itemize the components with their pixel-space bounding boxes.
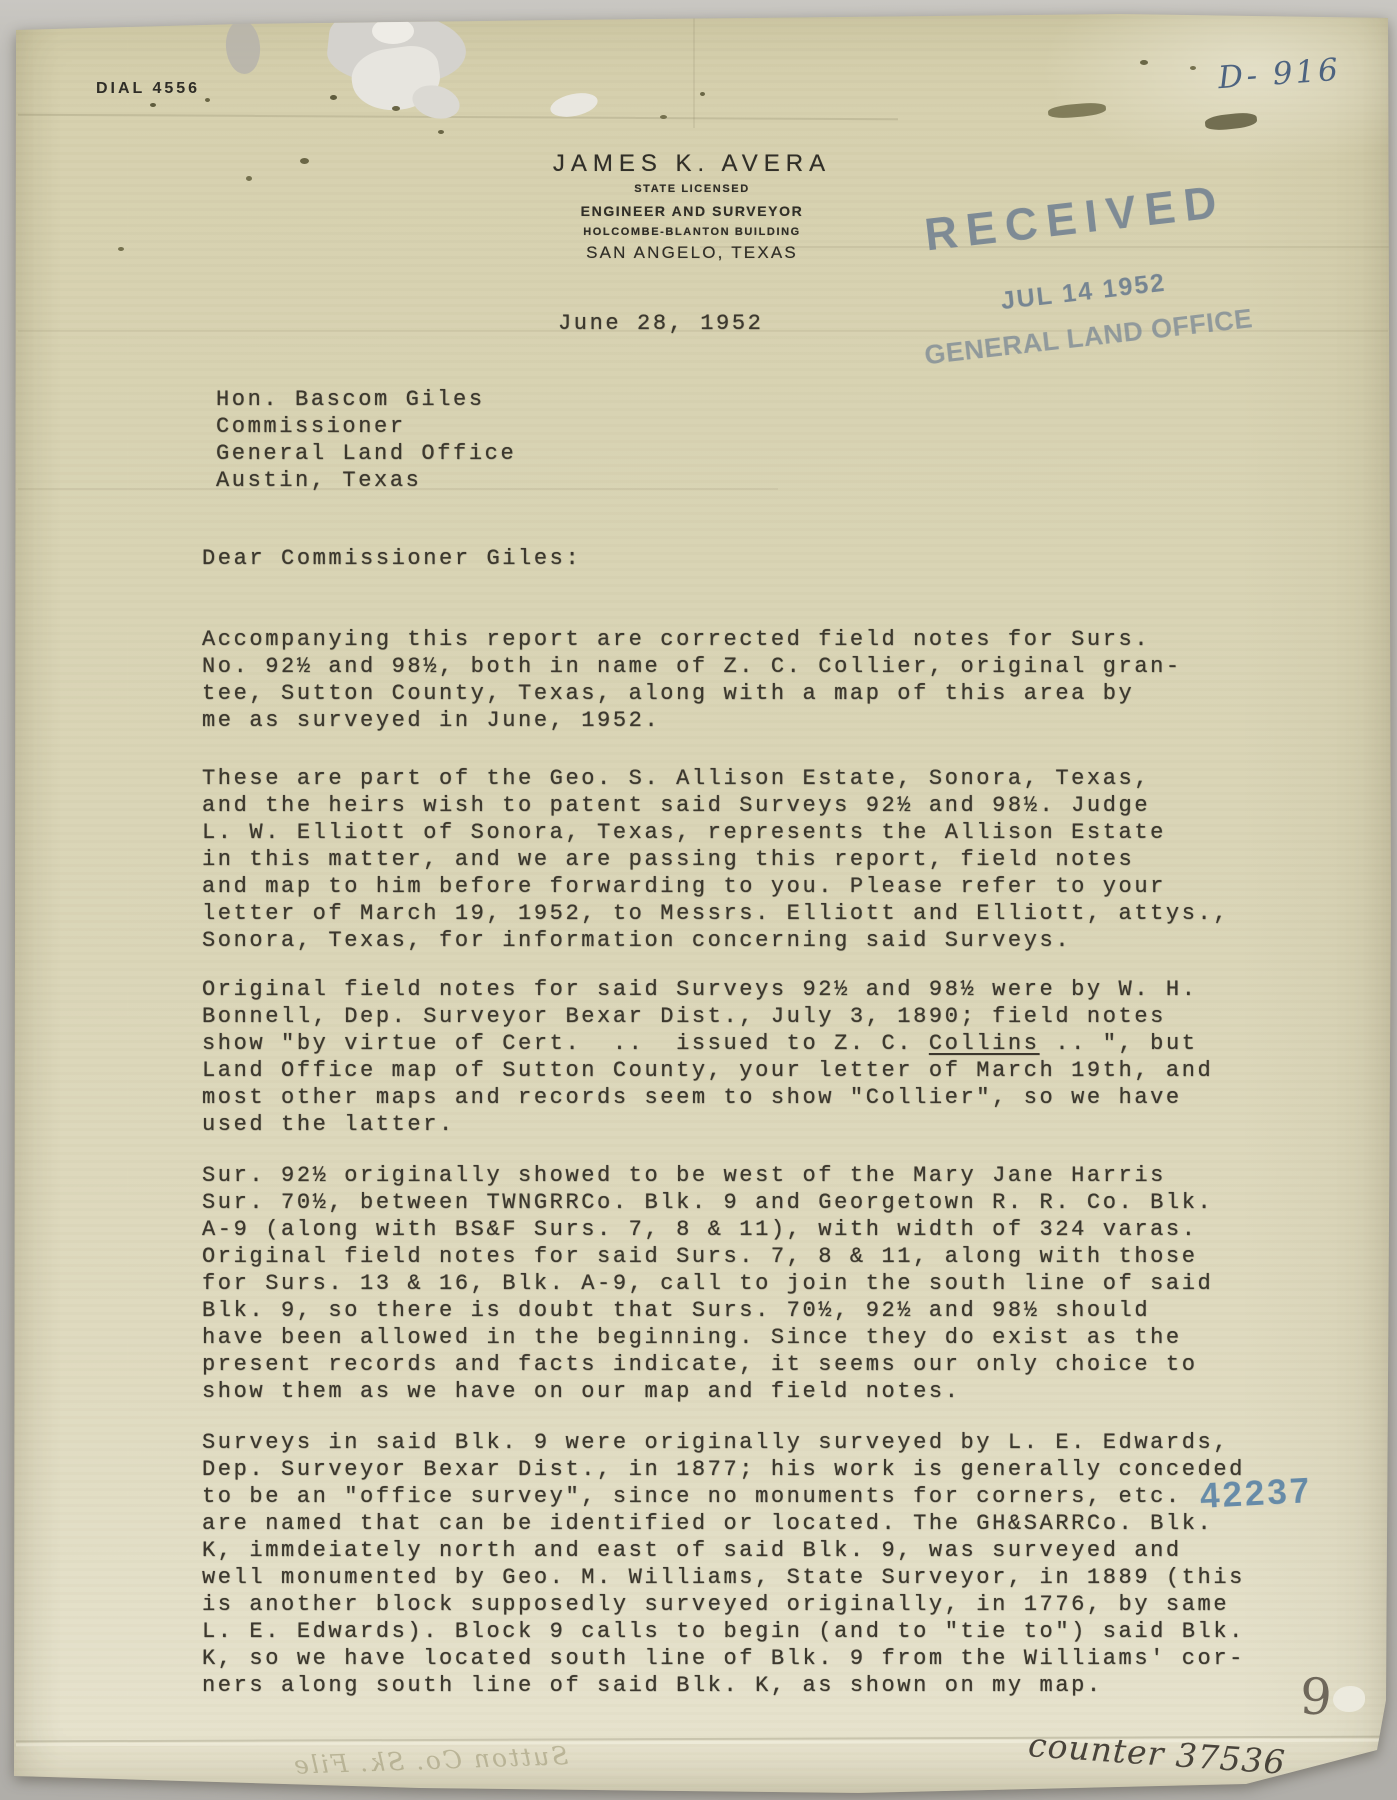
stain-speck bbox=[1140, 60, 1148, 65]
stain-speck bbox=[300, 158, 309, 164]
bleed-through-writing: Sutton Co. Sk. File bbox=[292, 1741, 569, 1780]
stain-speck bbox=[246, 176, 252, 181]
handwritten-counter-note: counter 37536 bbox=[1027, 1725, 1287, 1782]
paper-crease bbox=[693, 18, 695, 128]
salutation: Dear Commissioner Giles: bbox=[202, 545, 581, 572]
left-edge-dark-mark bbox=[0, 0, 11, 95]
letterhead-line-engineer-surveyor: ENGINEER AND SURVEYOR bbox=[457, 203, 927, 219]
recipient-address-block: Hon. Bascom Giles Commissioner General L… bbox=[216, 386, 516, 494]
letter-date: June 28, 1952 bbox=[558, 310, 763, 337]
letterhead-name: JAMES K. AVERA bbox=[457, 150, 927, 178]
stain-speck bbox=[438, 130, 444, 134]
stain-speck bbox=[205, 98, 210, 102]
received-stamp: RECEIVED JUL 14 1952 GENERAL LAND OFFICE bbox=[882, 171, 1285, 423]
paragraph-5: Surveys in said Blk. 9 were originally s… bbox=[202, 1429, 1245, 1699]
letterhead-line-building: HOLCOMBE-BLANTON BUILDING bbox=[457, 226, 927, 238]
letter-paper: DIAL 4556 JAMES K. AVERA STATE LICENSED … bbox=[0, 0, 1397, 1800]
paragraph-2: These are part of the Geo. S. Allison Es… bbox=[202, 765, 1229, 954]
letter-page-wrapper: DIAL 4556 JAMES K. AVERA STATE LICENSED … bbox=[0, 0, 1397, 1800]
paper-tear bbox=[548, 89, 600, 120]
stain-speck bbox=[660, 115, 667, 119]
stain-smudge bbox=[1048, 101, 1107, 119]
letterhead-line-state-licensed: STATE LICENSED bbox=[457, 183, 927, 195]
letterhead-line-city: SAN ANGELO, TEXAS bbox=[457, 243, 927, 263]
stain-speck bbox=[700, 92, 705, 96]
stain-speck bbox=[330, 95, 337, 100]
stain-speck bbox=[392, 106, 400, 111]
paragraph-1: Accompanying this report are corrected f… bbox=[202, 626, 1182, 734]
paragraph-4: Sur. 92½ originally showed to be west of… bbox=[202, 1162, 1213, 1405]
received-stamp-word: RECEIVED bbox=[882, 171, 1267, 266]
paragraph-3: Original field notes for said Surveys 92… bbox=[202, 976, 1213, 1138]
stain-speck bbox=[150, 103, 156, 107]
paper-tear bbox=[224, 19, 263, 76]
handwritten-file-number: D- 916 bbox=[1217, 52, 1342, 96]
stain-speck bbox=[1190, 66, 1196, 70]
scanned-letter-screenshot: { "colors": { "paper": "#d9d4b4", "typew… bbox=[0, 0, 1397, 1800]
white-spot bbox=[1333, 1686, 1365, 1712]
pencil-page-number: 9 bbox=[1299, 1667, 1334, 1727]
stain-smudge bbox=[1204, 111, 1257, 131]
stain-speck bbox=[118, 247, 124, 251]
paper-crease bbox=[18, 114, 898, 121]
paper-tear bbox=[372, 18, 414, 44]
letterhead-phone: DIAL 4556 bbox=[96, 80, 200, 98]
paragraph-3-underlined-word: Collins bbox=[929, 1031, 1040, 1056]
